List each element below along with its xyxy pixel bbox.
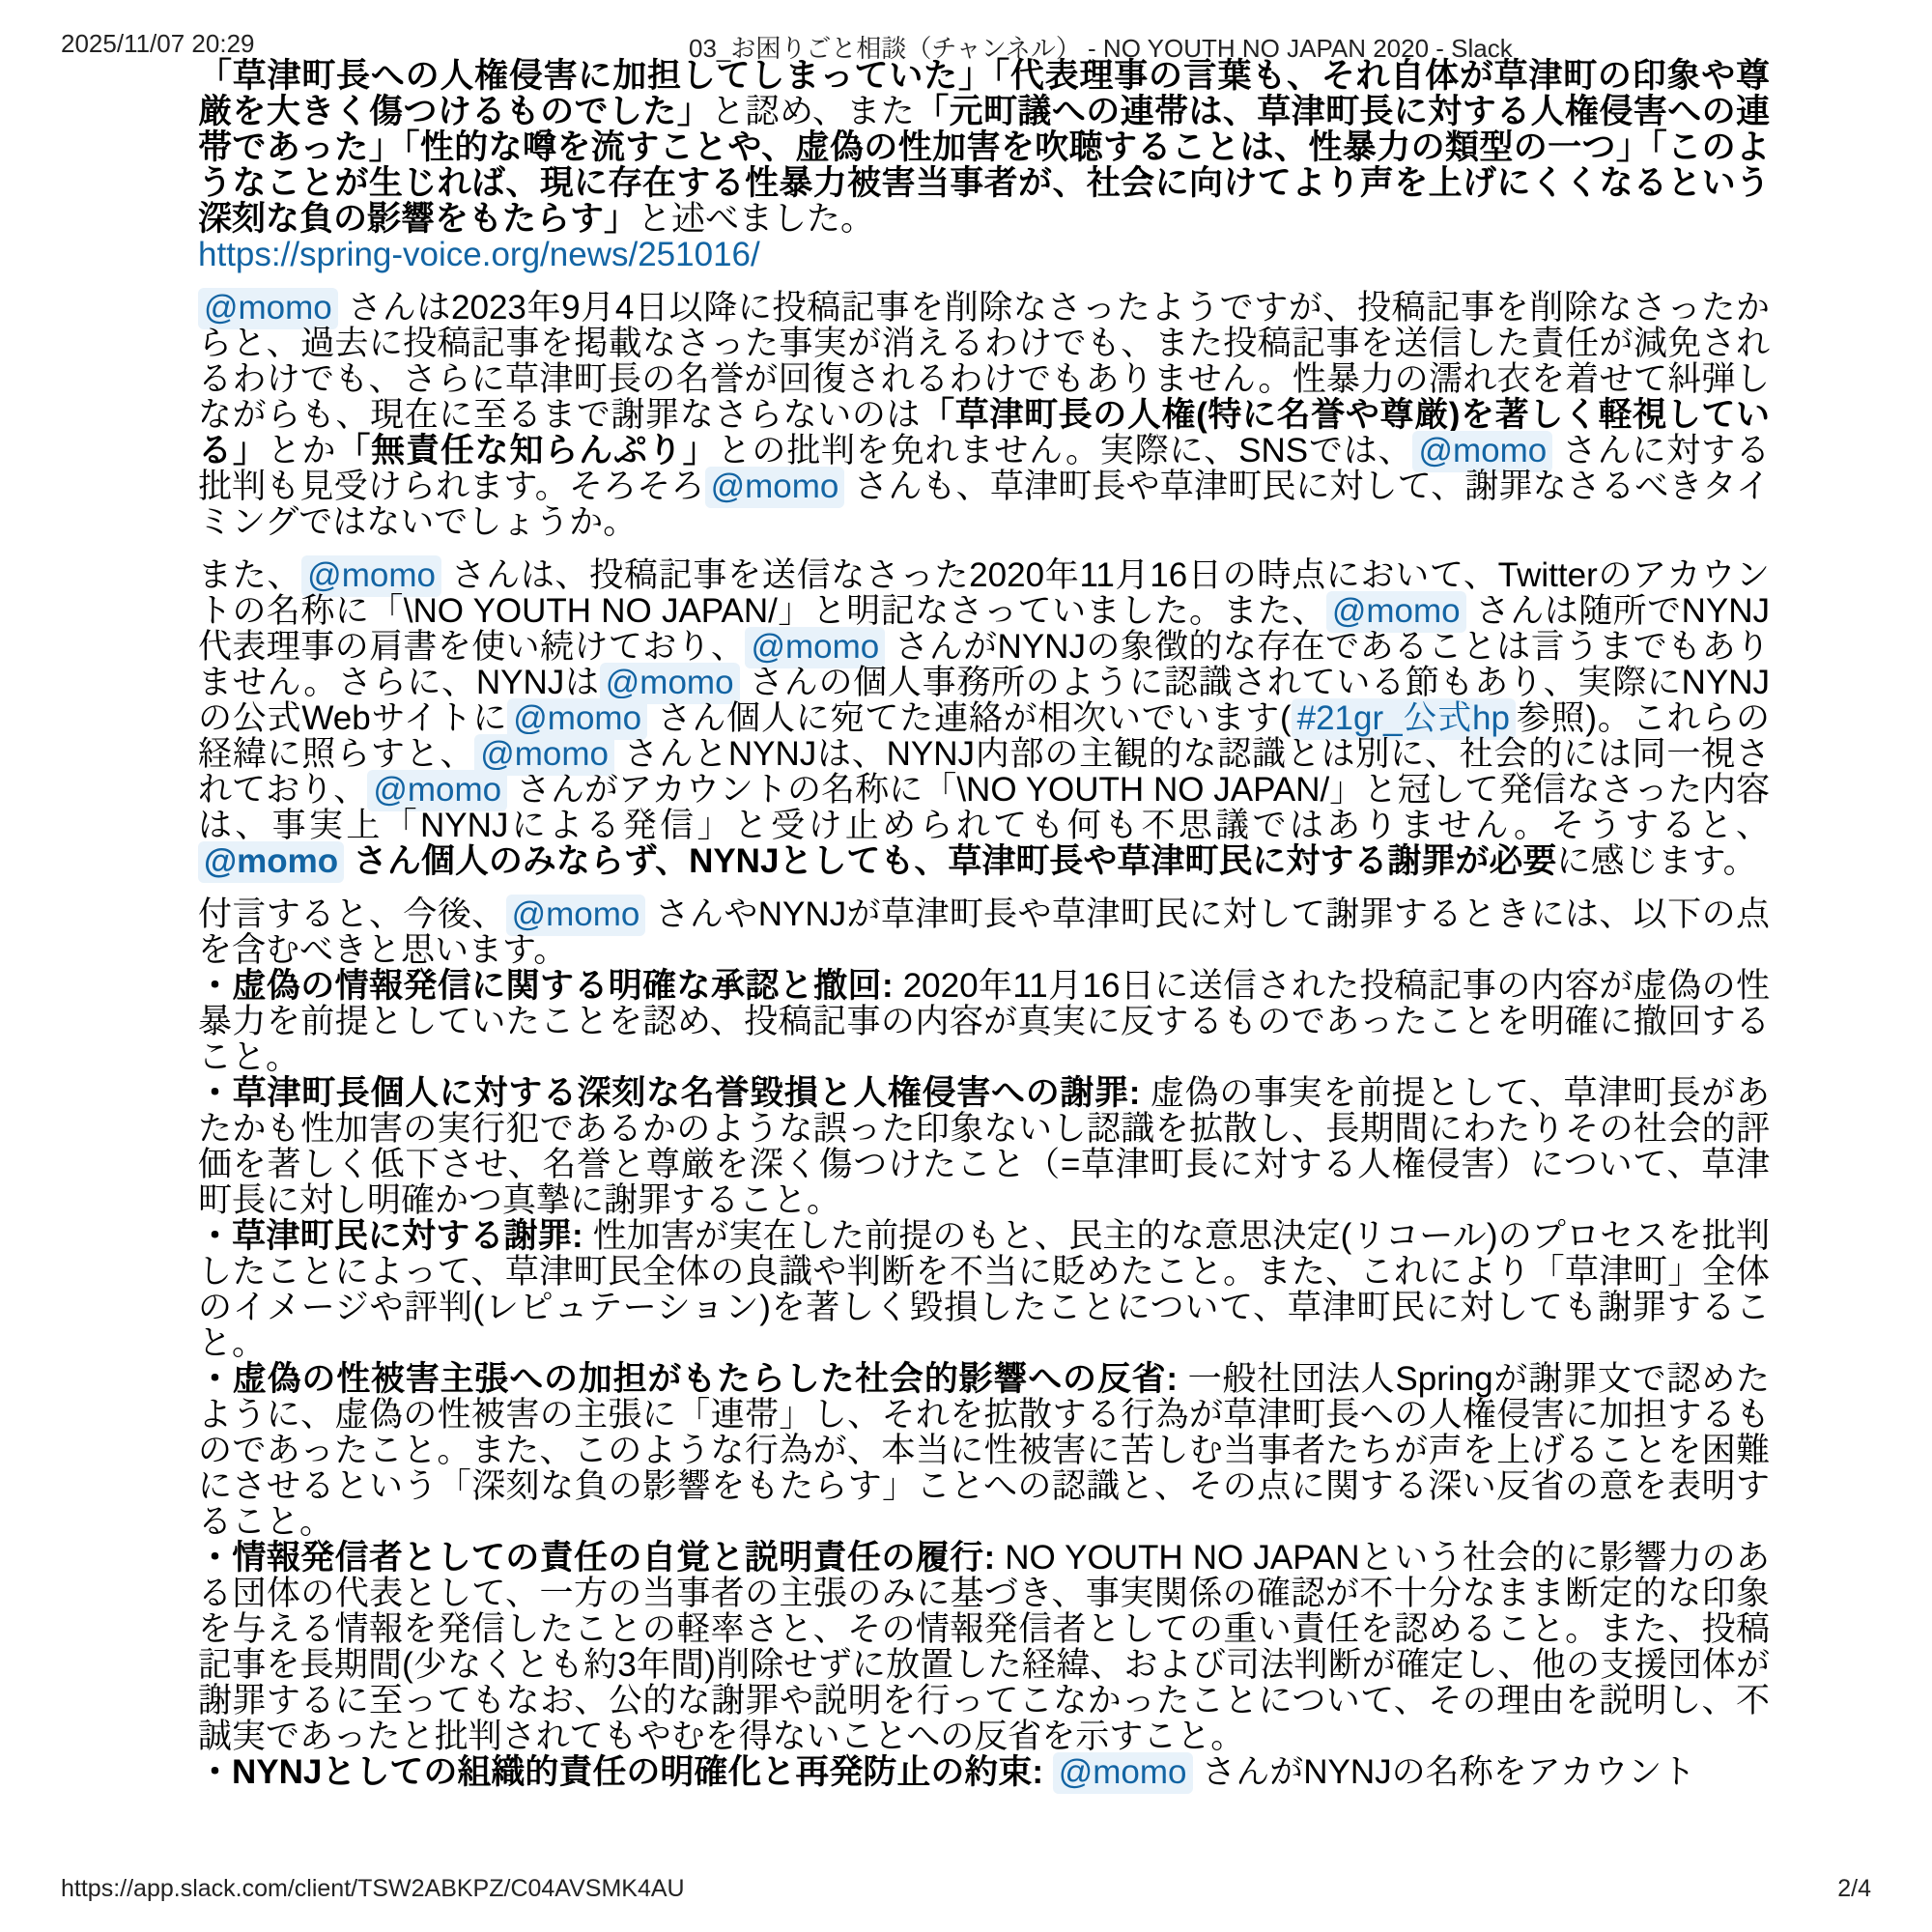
mention-momo[interactable]: @momo bbox=[198, 288, 338, 329]
bold-text: ・NYNJとしての組織的責任の明確化と再発防止の約束: bbox=[198, 1753, 1053, 1791]
mention-momo[interactable]: @momo bbox=[1326, 591, 1466, 633]
bullet-townspeople-apology: ・草津町民に対する謝罪: 性加害が実在した前提のもと、民主的な意思決定(リコール… bbox=[198, 1218, 1770, 1361]
bold-text: ・草津町民に対する謝罪: bbox=[198, 1217, 593, 1255]
body-text: さん個人に宛てた連絡が相次いでいます( bbox=[647, 699, 1292, 737]
bullet-organizational-responsibility: ・NYNJとしての組織的責任の明確化と再発防止の約束: @momo さんがNYN… bbox=[198, 1754, 1770, 1790]
mention-momo[interactable]: @momo bbox=[705, 467, 845, 508]
mention-momo[interactable]: @momo bbox=[1053, 1752, 1193, 1794]
bold-text: ・虚偽の性被害主張への加担がもたらした社会的影響への反省: bbox=[198, 1360, 1188, 1398]
identity-paragraph: また、@momo さんは、投稿記事を送信なさった2020年11月16日の時点にお… bbox=[198, 557, 1770, 879]
bold-text: ・情報発信者としての責任の自覚と説明責任の履行: bbox=[198, 1539, 1005, 1577]
apology-intro-paragraph: 付言すると、今後、@momo さんやNYNJが草津町長や草津町民に対して謝罪する… bbox=[198, 896, 1770, 968]
body-text: また、 bbox=[198, 556, 301, 594]
body-text: とか bbox=[268, 432, 337, 469]
channel-link[interactable]: #21gr_公式hp bbox=[1292, 698, 1516, 740]
bullet-false-information: ・虚偽の情報発信に関する明確な承認と撤回: 2020年11月16日に送信された投… bbox=[198, 968, 1770, 1075]
mention-momo[interactable]: @momo bbox=[301, 555, 441, 597]
mention-momo[interactable]: @momo bbox=[367, 770, 507, 811]
print-footer-url: https://app.slack.com/client/TSW2ABKPZ/C… bbox=[61, 1875, 685, 1903]
quoted-statement-paragraph: 「草津町長への人権侵害に加担してしまっていた」「代表理事の言葉も、それ自体が草津… bbox=[198, 58, 1770, 237]
mention-momo[interactable]: @momo bbox=[745, 627, 885, 668]
print-footer: https://app.slack.com/client/TSW2ABKPZ/C… bbox=[61, 1875, 1871, 1903]
criticism-paragraph: @momo さんは2023年9月4日以降に投稿記事を削除なさったようですが、投稿… bbox=[198, 290, 1770, 540]
bullet-social-impact: ・虚偽の性被害主張への加担がもたらした社会的影響への反省: 一般社団法人Spri… bbox=[198, 1361, 1770, 1540]
body-text: さんがNYNJの名称をアカウント bbox=[1193, 1753, 1696, 1791]
source-link-line: https://spring-voice.org/news/251016/ bbox=[198, 237, 1770, 272]
external-link[interactable]: https://spring-voice.org/news/251016/ bbox=[198, 236, 760, 273]
bold-text: さん個人のみならず、NYNJとしても、草津町長や草津町民に対する謝罪が必要 bbox=[344, 842, 1556, 880]
printed-page: { "header": { "datetime": "2025/11/07 20… bbox=[0, 0, 1932, 1932]
body-text: と認め、また bbox=[711, 93, 915, 130]
body-text: と述べました。 bbox=[638, 200, 874, 238]
bold-text: ・虚偽の情報発信に関する明確な承認と撤回: bbox=[198, 967, 903, 1005]
bold-text: 「無責任な知らんぷり」 bbox=[336, 432, 717, 469]
bullet-defamation-apology: ・草津町長個人に対する深刻な名誉毀損と人権侵害への謝罪: 虚偽の事実を前提として… bbox=[198, 1075, 1770, 1218]
mention-momo[interactable]: @momo bbox=[506, 895, 646, 936]
body-text: に感じます。 bbox=[1556, 842, 1756, 880]
print-datetime: 2025/11/07 20:29 bbox=[61, 29, 254, 59]
document-body: 「草津町長への人権侵害に加担してしまっていた」「代表理事の言葉も、それ自体が草津… bbox=[198, 58, 1770, 1790]
mention-momo[interactable]: @momo bbox=[1412, 431, 1552, 472]
mention-momo[interactable]: @momo bbox=[198, 841, 344, 883]
body-text: 付言すると、今後、 bbox=[198, 895, 506, 933]
body-text: との批判を免れません。実際に、SNSでは、 bbox=[718, 432, 1413, 469]
bold-text: ・草津町長個人に対する深刻な名誉毀損と人権侵害への謝罪: bbox=[198, 1074, 1151, 1112]
print-page-number: 2/4 bbox=[1837, 1875, 1871, 1903]
bullet-sender-responsibility: ・情報発信者としての責任の自覚と説明責任の履行: NO YOUTH NO JAP… bbox=[198, 1540, 1770, 1754]
print-header: 2025/11/07 20:29 03_お困りごと相談（チャンネル） - NO … bbox=[61, 29, 1871, 60]
